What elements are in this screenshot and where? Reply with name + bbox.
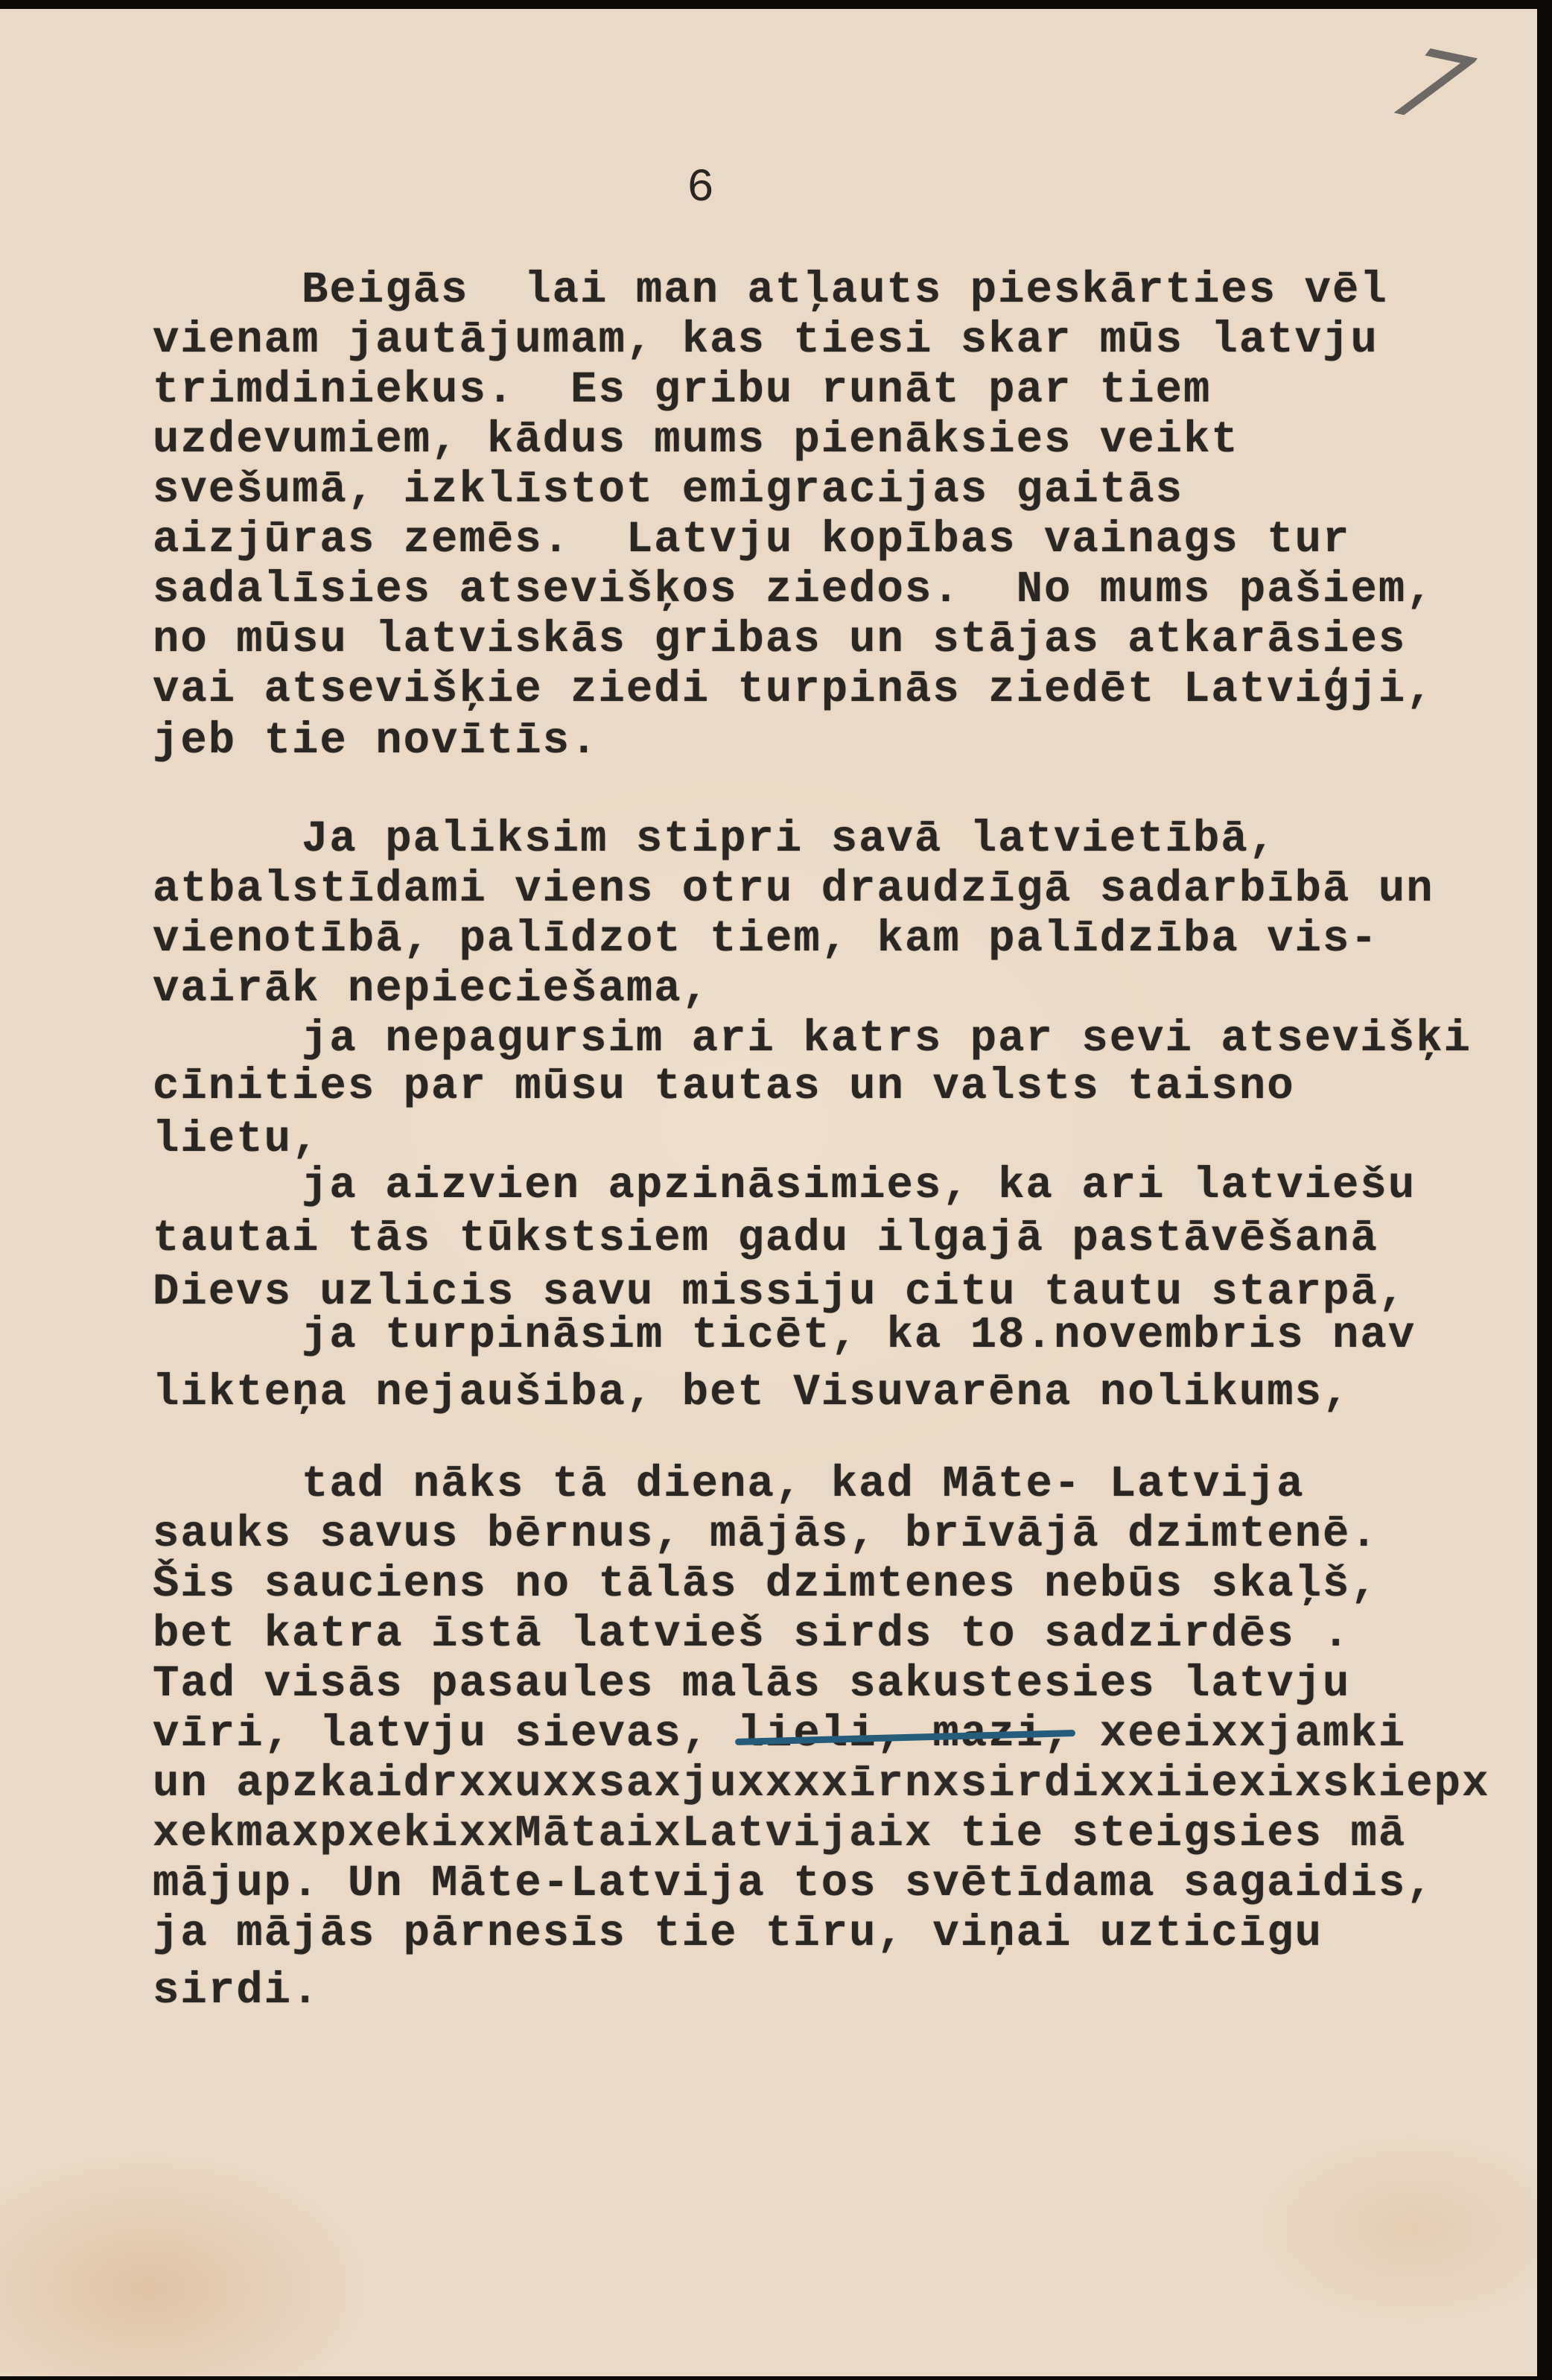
text-line: vienotībā, palīdzot tiem, kam palīdzība … — [153, 915, 1378, 964]
text-line: ja aizvien apzināsimies, ka ari latviešu — [302, 1161, 1416, 1210]
handwritten-page-number: 7 — [1374, 28, 1487, 145]
text-line: aizjūras zemēs. Latvju kopības vainags t… — [153, 515, 1350, 565]
text-fragment: un — [153, 1759, 236, 1809]
text-line: Beigās lai man atļauts pieskārties vēl — [302, 266, 1388, 315]
text-line: jeb tie novītīs. — [153, 717, 599, 766]
text-line: Tad visās pasaules malās sakustesies lat… — [153, 1660, 1350, 1709]
blue-ink-strikethrough: lieli, mazi, — [738, 1709, 1072, 1759]
text-line: Ja paliksim stipri savā latvietībā, — [302, 815, 1276, 864]
text-line: uzdevumiem, kādus mums pienāksies veikt — [153, 416, 1239, 465]
typed-x-strikethrough: xeeixxjamki — [1072, 1709, 1406, 1759]
text-line: vai atsevišķie ziedi turpinās ziedēt Lat… — [153, 665, 1434, 714]
text-line: ja mājās pārnesīs tie tīru, viņai uzticī… — [153, 1909, 1323, 1958]
text-line: lietu, — [153, 1115, 319, 1164]
text-line: no mūsu latviskās gribas un stājas atkar… — [153, 615, 1406, 664]
text-line: atbalstīdami viens otru draudzīgā sadarb… — [153, 865, 1434, 914]
text-line: svešumā, izklīstot emigracijas gaitās — [153, 466, 1183, 515]
text-line-with-corrections: un apzkaidrxxuxxsaxjuxxxxīrnxsirdixxiiex… — [153, 1759, 1489, 1809]
text-fragment: tie steigsies — [932, 1809, 1350, 1859]
typed-x-strikethrough: xekmaxpxekixxMātaixLatvijaix — [153, 1809, 932, 1859]
text-line: vienam jautājumam, kas tiesi skar mūs la… — [153, 316, 1378, 365]
text-line: mājup. Un Māte-Latvija tos svētīdama sag… — [153, 1859, 1434, 1908]
text-line: likteņa nejaušiba, bet Visuvarēna noliku… — [153, 1368, 1350, 1418]
text-line: tad nāks tā diena, kad Māte- Latvija — [302, 1460, 1305, 1509]
text-line: ja nepagursim ari katrs par sevi atseviš… — [302, 1015, 1472, 1064]
text-line: sauks savus bērnus, mājās, brīvājā dzimt… — [153, 1510, 1378, 1559]
text-line: sadalīsies atsevišķos ziedos. No mums pa… — [153, 565, 1434, 615]
text-line: trimdiniekus. Es gribu runāt par tiem — [153, 366, 1211, 415]
text-line-with-corrections: xekmaxpxekixxMātaixLatvijaix tie steigsi… — [153, 1809, 1406, 1859]
typed-x-strikethrough: mā — [1350, 1809, 1406, 1859]
typed-x-strikethrough: apzkaidrxxuxxsaxjuxxxxīrnxsirdixxiiexixs… — [236, 1759, 1489, 1809]
text-line: cīnities par mūsu tautas un valsts taisn… — [153, 1062, 1295, 1111]
text-line: sirdi. — [153, 1967, 319, 2016]
text-line: ja turpināsim ticēt, ka 18.novembris nav — [302, 1311, 1416, 1360]
text-line: Šis sauciens no tālās dzimtenes nebūs sk… — [153, 1560, 1378, 1609]
text-line: bet katra īstā latvieš sirds to sadzirdē… — [153, 1610, 1350, 1659]
typed-page-number: 6 — [687, 162, 714, 215]
typewritten-page: 7 6 Beigās lai man atļauts pieskārties v… — [0, 9, 1537, 2376]
text-line: tautai tās tūkstsiem gadu ilgajā pastāvē… — [153, 1214, 1378, 1263]
text-fragment: vīri, latvju sievas, — [153, 1709, 738, 1759]
text-line: vairāk nepieciešama, — [153, 965, 710, 1014]
text-line-with-corrections: vīri, latvju sievas, lieli, mazi, xeeixx… — [153, 1710, 1406, 1759]
